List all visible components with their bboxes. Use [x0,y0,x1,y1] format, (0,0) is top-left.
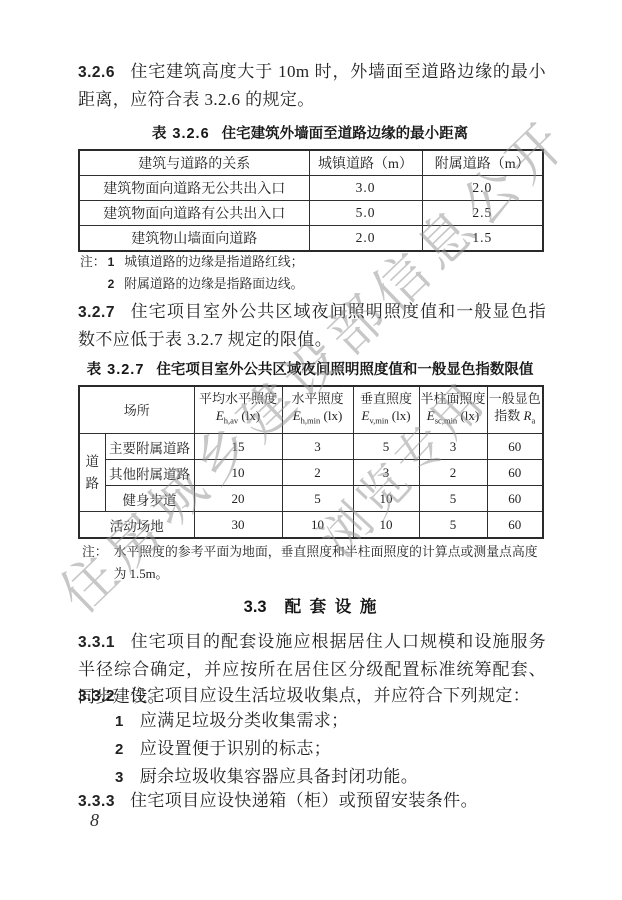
item-number: 2 [115,741,124,758]
clause-number: 3.3.2 [78,688,115,705]
value-cell: 20 [194,486,282,512]
section-title: 配 套 设 施 [285,598,379,616]
item-text: 应设置便于识别的标志； [140,739,331,758]
value-cell: 1.5 [422,226,543,252]
column-header-place: 场所 [79,386,194,434]
value-cell: 30 [194,512,282,539]
value-cell: 2.0 [309,226,422,252]
table-caption-title: 住宅建筑外墙面至道路边缘的最小距离 [222,126,469,142]
list-item: 1应满足垃圾分类收集需求； [78,707,546,735]
value-cell: 10 [353,512,419,539]
table-327-note: 注： 水平照度的参考平面为地面，垂直照度和半柱面照度的计算点或测量点高度为 1.… [82,541,538,585]
column-title: 半柱面照度 [420,390,487,407]
value-cell: 5 [353,434,419,460]
column-header: 半柱面照度 Esc,min (lx) [419,386,487,434]
note-label: 注： [80,251,106,295]
value-cell: 5 [419,512,487,539]
column-symbol: Eh,min (lx) [283,407,353,430]
value-cell: 3 [353,460,419,486]
value-cell: 15 [194,434,282,460]
value-cell: 5 [419,486,487,512]
row-label: 主要附属道路 [105,434,194,460]
clause-text: 住宅建筑高度大于 10m 时，外墙面至道路边缘的最小距离，应符合表 3.2.6 … [78,62,546,109]
value-cell: 3.0 [309,176,422,201]
clause-text: 住宅项目室外公共区域夜间照明照度值和一般显色指数不应低于表 3.2.7 规定的限… [78,302,546,349]
row-label: 其他附属道路 [105,460,194,486]
column-header: 平均水平照度 Eh,av (lx) [194,386,282,434]
table-caption-label: 表 3.2.7 [87,362,145,378]
row-label: 建筑物面向道路无公共出入口 [79,176,309,201]
table-row: 活动场地 30 10 10 5 60 [79,512,543,539]
column-symbol: Ev,min (lx) [354,407,419,430]
table-327-caption: 表 3.2.7住宅项目室外公共区域夜间照明照度值和一般显色指数限值 [78,360,542,380]
column-symbol: Esc,min (lx) [420,407,487,430]
row-label: 活动场地 [79,512,194,539]
value-cell: 3 [282,434,353,460]
clause-number: 3.3.3 [78,793,115,810]
clause-3-2-7: 3.2.7住宅项目室外公共区域夜间照明照度值和一般显色指数不应低于表 3.2.7… [78,298,546,353]
value-cell: 60 [487,434,543,460]
clause-text: 住宅项目应设生活垃圾收集点，并应符合下列规定： [130,686,530,705]
column-header: 城镇道路（m） [309,150,422,176]
row-label: 健身步道 [105,486,194,512]
clause-3-3-2-list: 1应满足垃圾分类收集需求； 2应设置便于识别的标志； 3厨余垃圾收集容器应具备封… [78,707,546,791]
note-item-text: 附属道路的边缘是指路面边线。 [124,277,303,291]
clause-number: 3.3.1 [78,634,115,651]
row-group-label: 道路 [79,434,105,512]
value-cell: 2 [419,460,487,486]
table-caption-title: 住宅项目室外公共区域夜间照明照度值和一般显色指数限值 [156,362,533,378]
note-item-number: 1 [108,255,115,269]
column-header: 水平照度 Eh,min (lx) [282,386,353,434]
row-label: 建筑物山墙面向道路 [79,226,309,252]
table-row: 健身步道 20 5 10 5 60 [79,486,543,512]
value-cell: 10 [194,460,282,486]
table-326: 建筑与道路的关系 城镇道路（m） 附属道路（m） 建筑物面向道路无公共出入口 3… [78,149,544,252]
note-item: 2附属道路的边缘是指路面边线。 [108,273,304,295]
table-caption-label: 表 3.2.6 [152,126,210,142]
column-header: 附属道路（m） [422,150,543,176]
value-cell: 60 [487,486,543,512]
item-number: 1 [115,713,124,730]
table-326-caption: 表 3.2.6住宅建筑外墙面至道路边缘的最小距离 [78,124,542,144]
document-page: 3.2.6住宅建筑高度大于 10m 时，外墙面至道路边缘的最小距离，应符合表 3… [0,0,622,900]
page-number: 8 [90,810,99,831]
value-cell: 5.0 [309,201,422,226]
clause-3-2-6: 3.2.6住宅建筑高度大于 10m 时，外墙面至道路边缘的最小距离，应符合表 3… [78,58,546,113]
table-row: 建筑物面向道路有公共出入口 5.0 2.5 [79,201,543,226]
value-cell: 60 [487,512,543,539]
value-cell: 60 [487,460,543,486]
note-item-text: 城镇道路的边缘是指道路红线； [124,255,303,269]
clause-number: 3.2.7 [78,304,115,321]
clause-3-3-3: 3.3.3住宅项目应设快递箱（柜）或预留安装条件。 [78,787,546,815]
table-row: 其他附属道路 10 2 3 2 60 [79,460,543,486]
value-cell: 2 [282,460,353,486]
value-cell: 3 [419,434,487,460]
clause-3-3-2: 3.3.2住宅项目应设生活垃圾收集点，并应符合下列规定： [78,682,546,710]
clause-number: 3.2.6 [78,64,115,81]
value-cell: 5 [282,486,353,512]
list-item: 2应设置便于识别的标志； [78,735,546,763]
section-heading-3-3: 3.3配 套 设 施 [0,596,622,618]
note-item: 1城镇道路的边缘是指道路红线； [108,251,304,273]
item-text: 应满足垃圾分类收集需求； [140,711,349,730]
column-title: 平均水平照度 [195,390,282,407]
table-row: 道路 主要附属道路 15 3 5 3 60 [79,434,543,460]
value-cell: 2.0 [422,176,543,201]
table-row: 建筑物山墙面向道路 2.0 1.5 [79,226,543,252]
item-text: 厨余垃圾收集容器应具备封闭功能。 [140,767,418,786]
value-cell: 10 [353,486,419,512]
value-cell: 10 [282,512,353,539]
item-number: 3 [115,769,124,786]
row-label: 建筑物面向道路有公共出入口 [79,201,309,226]
note-item-number: 2 [108,277,115,291]
note-text: 水平照度的参考平面为地面，垂直照度和半柱面照度的计算点或测量点高度为 1.5m。 [114,541,538,585]
table-327: 场所 平均水平照度 Eh,av (lx) 水平照度 Eh,min (lx) 垂直… [78,385,544,539]
column-symbol: 指数 Ra [488,407,543,430]
column-header: 一般显色 指数 Ra [487,386,543,434]
clause-text: 住宅项目应设快递箱（柜）或预留安装条件。 [130,791,478,810]
table-header-row: 场所 平均水平照度 Eh,av (lx) 水平照度 Eh,min (lx) 垂直… [79,386,543,434]
table-row: 建筑物面向道路无公共出入口 3.0 2.0 [79,176,543,201]
column-symbol: Eh,av (lx) [195,407,282,430]
note-label: 注： [82,541,108,585]
table-326-notes: 注： 1城镇道路的边缘是指道路红线； 2附属道路的边缘是指路面边线。 [80,251,303,295]
value-cell: 2.5 [422,201,543,226]
section-number: 3.3 [244,598,267,616]
table-header-row: 建筑与道路的关系 城镇道路（m） 附属道路（m） [79,150,543,176]
note-items: 1城镇道路的边缘是指道路红线； 2附属道路的边缘是指路面边线。 [108,251,304,295]
column-title: 一般显色 [488,390,543,407]
column-header: 建筑与道路的关系 [79,150,309,176]
column-title: 垂直照度 [354,390,419,407]
column-header: 垂直照度 Ev,min (lx) [353,386,419,434]
column-title: 水平照度 [283,390,353,407]
